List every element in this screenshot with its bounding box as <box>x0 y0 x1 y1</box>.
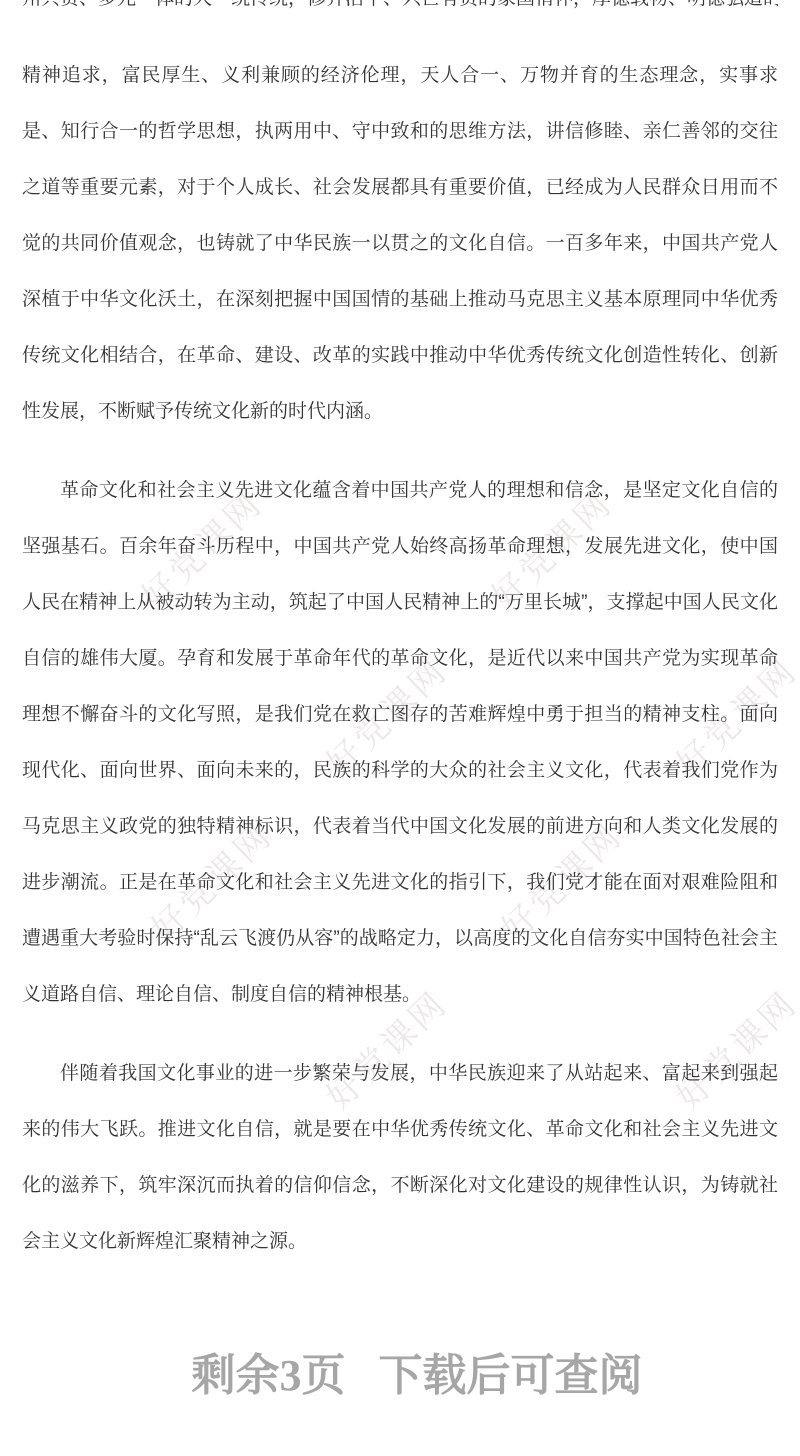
paragraph-traditional-culture: 精神追求，富民厚生、义利兼顾的经济伦理，天人合一、万物并育的生态理念，实事求是、… <box>22 48 778 440</box>
document-preview-page: { "page": { "background_color": "#ffffff… <box>0 0 800 1456</box>
remaining-pages-label: 剩余3页 <box>192 1351 346 1400</box>
paragraph-cultural-confidence: 伴随着我国文化事业的进一步繁荣与发展，中华民族迎来了从站起来、富起来到强起来的伟… <box>22 1046 778 1270</box>
paragraph-revolutionary-culture: 革命文化和社会主义先进文化蕴含着中国共产党人的理想和信念，是坚定文化自信的坚强基… <box>22 463 778 1023</box>
download-hint-label: 下载后可查阅 <box>379 1351 643 1400</box>
document-body: 精神追求，富民厚生、义利兼顾的经济伦理，天人合一、万物并育的生态理念，实事求是、… <box>22 48 778 1270</box>
preview-footer: 剩余3页下载后可查阅 <box>17 1341 800 1411</box>
document-cut-line: 州共贯、多元一体的大一统传统，修齐治平、兴亡有责的家国情怀，厚德载物、明德弘道的 <box>22 0 778 10</box>
cut-line-text: 州共贯、多元一体的大一统传统，修齐治平、兴亡有责的家国情怀，厚德载物、明德弘道的 <box>22 0 778 10</box>
